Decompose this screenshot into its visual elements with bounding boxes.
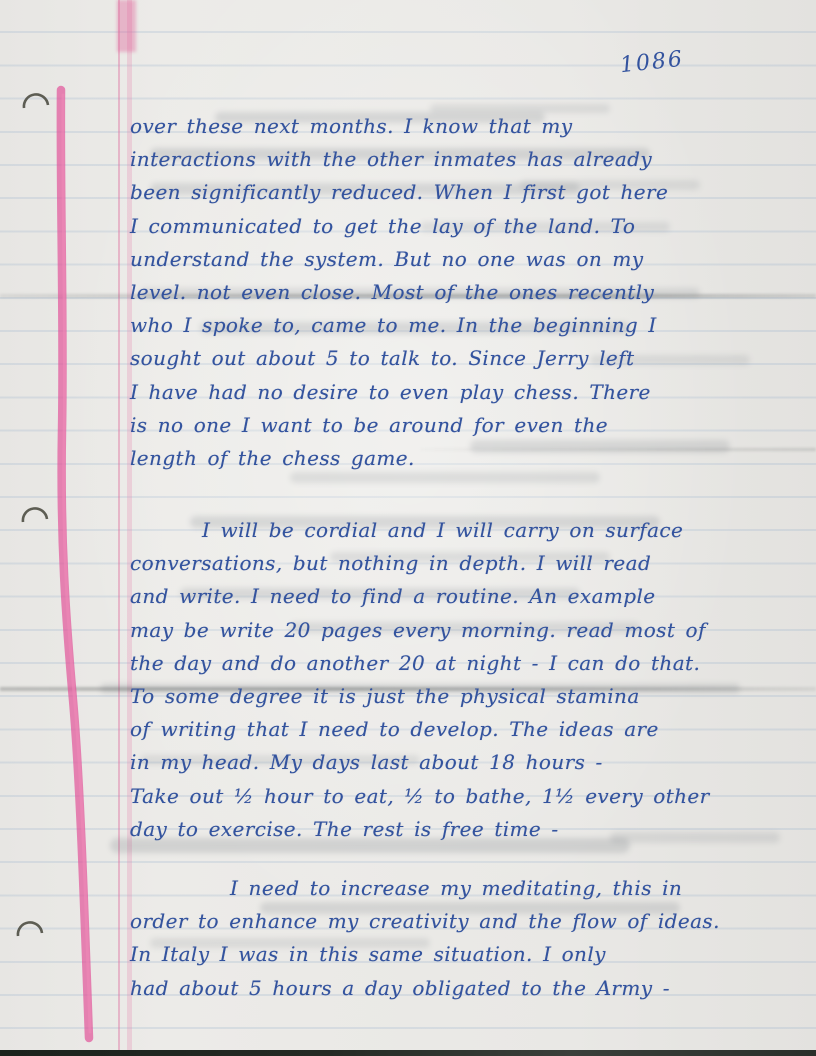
handwriting-line: Take out ½ hour to eat, ½ to bathe, 1½ e… — [130, 780, 770, 813]
handwriting-line: had about 5 hours a day obligated to the… — [130, 972, 770, 1005]
handwriting-line: and write. I need to find a routine. An … — [130, 580, 770, 613]
handwriting-line: sought out about 5 to talk to. Since Jer… — [130, 342, 770, 375]
hole-punch — [24, 94, 48, 108]
paragraph-1: over these next months. I know that my i… — [130, 110, 770, 475]
handwriting-line: To some degree it is just the physical s… — [130, 680, 770, 713]
handwriting-line: conversations, but nothing in depth. I w… — [130, 547, 770, 580]
handwriting-line: day to exercise. The rest is free time - — [130, 813, 770, 846]
handwriting-line: in my head. My days last about 18 hours … — [130, 746, 770, 779]
handwriting-line: I will be cordial and I will carry on su… — [130, 514, 770, 547]
handwriting-line: level. not even close. Most of the ones … — [130, 276, 770, 309]
handwriting-line: order to enhance my creativity and the f… — [130, 905, 770, 938]
handwriting-line: of writing that I need to develop. The i… — [130, 713, 770, 746]
scanned-letter-page: 1086 over these next months. I know that… — [0, 0, 816, 1056]
handwriting-line: is no one I want to be around for even t… — [130, 409, 770, 442]
handwriting-line: may be write 20 pages every morning. rea… — [130, 614, 770, 647]
handwriting-line: been significantly reduced. When I first… — [130, 176, 770, 209]
paragraph-3: I need to increase my meditating, this i… — [130, 872, 770, 1005]
handwriting-line: length of the chess game. — [130, 442, 770, 475]
handwriting-line: In Italy I was in this same situation. I… — [130, 938, 770, 971]
hole-punch — [18, 922, 42, 936]
scanner-edge — [0, 1050, 816, 1056]
hole-punch — [23, 508, 47, 522]
handwriting-line: I need to increase my meditating, this i… — [130, 872, 770, 905]
paragraph-2: I will be cordial and I will carry on su… — [130, 514, 770, 846]
handwriting-line: the day and do another 20 at night - I c… — [130, 647, 770, 680]
handwriting-line: I communicated to get the lay of the lan… — [130, 210, 770, 243]
handwriting-line: over these next months. I know that my — [130, 110, 770, 143]
handwriting-line: interactions with the other inmates has … — [130, 143, 770, 176]
handwriting-line: understand the system. But no one was on… — [130, 243, 770, 276]
handwriting-line: who I spoke to, came to me. In the begin… — [130, 309, 770, 342]
handwriting-line: I have had no desire to even play chess.… — [130, 376, 770, 409]
